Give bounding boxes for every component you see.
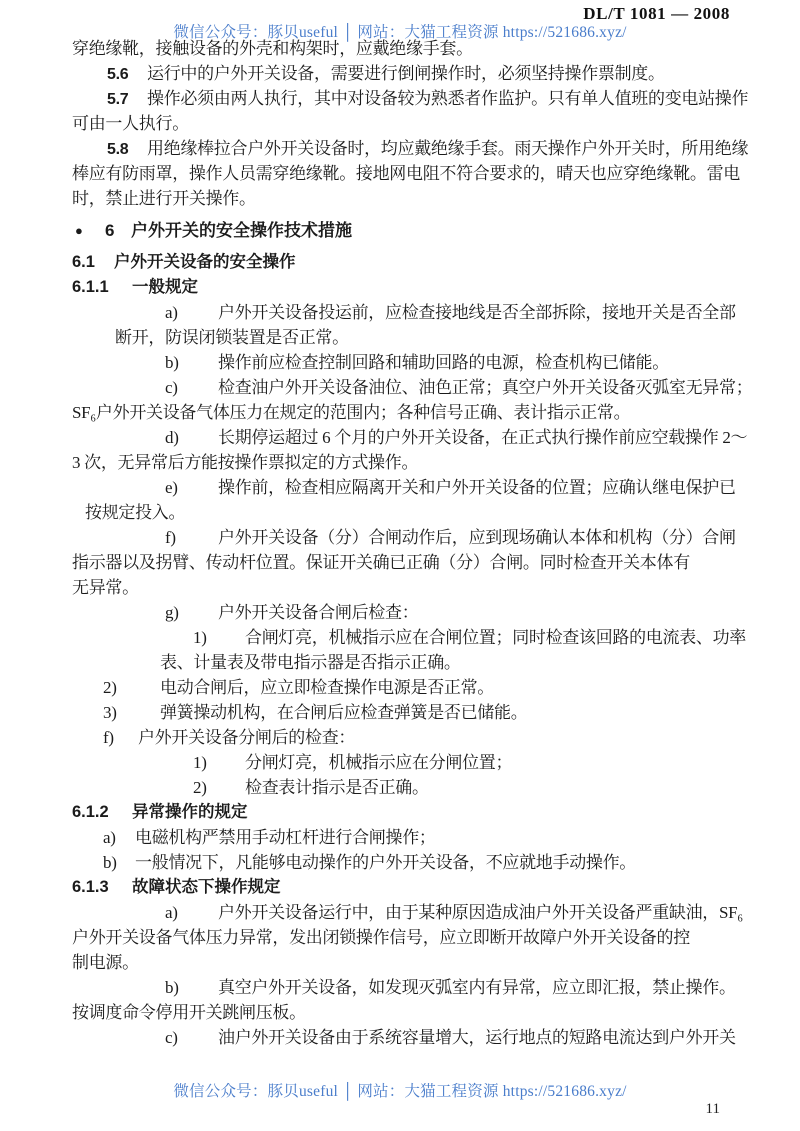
line-text: 户外开关设备（分）合闸动作后，应到现场确认本体和机构（分）合闸 xyxy=(218,528,736,547)
list-item: 3)弹簧操动机构，在合闸后应检查弹簧是否已储能。 xyxy=(72,700,740,725)
list-item: a)电磁机构严禁用手动杠杆进行合闸操作； xyxy=(72,825,740,850)
clause-line: 5.6运行中的户外开关设备，需要进行倒闸操作时，必须坚持操作票制度。 xyxy=(72,61,740,86)
line-text: 可由一人执行。 xyxy=(72,114,189,133)
line-text: 户外开关设备气体压力异常，发出闭锁操作信号，应立即断开故障户外开关设备的控 xyxy=(72,928,690,947)
subsection-title: 户外开关设备的安全操作 xyxy=(114,253,296,271)
clause-line: 5.7操作必须由两人执行，其中对设备较为熟悉者作监护。只有单人值班的变电站操作 xyxy=(72,86,740,111)
page-number: 11 xyxy=(706,1101,720,1118)
section-6-heading: ●6户外开关的安全操作技术措施 xyxy=(75,218,740,243)
line-text: 户外开关设备合闸后检查： xyxy=(218,603,418,622)
line-text: 断开，防误闭锁装置是否正常。 xyxy=(115,328,349,347)
text-line: 棒应有防雨罩，操作人员需穿绝缘靴。接地网电阻不符合要求的，晴天也应穿绝缘靴。雷电 xyxy=(72,161,740,186)
line-text: 用绝缘棒拉合户外开关设备时，均应戴绝缘手套。雨天操作户外开关时，所用绝缘 xyxy=(147,139,748,158)
text-line: 可由一人执行。 xyxy=(72,111,740,136)
line-text: 真空户外开关设备，如发现灭弧室内有异常，应立即汇报，禁止操作。 xyxy=(218,978,736,997)
list-item: b)真空户外开关设备，如发现灭弧室内有异常，应立即汇报，禁止操作。 xyxy=(72,975,740,1000)
line-text: 户外开关设备投运前，应检查接地线是否全部拆除，接地开关是否全部 xyxy=(218,303,736,322)
list-item-label: 1) xyxy=(193,750,245,775)
line-text: 运行中的户外开关设备，需要进行倒闸操作时，必须坚持操作票制度。 xyxy=(147,64,665,83)
text-line: 按规定投入。 xyxy=(72,500,740,525)
text-line: 指示器以及拐臂、传动杆位置。保证开关确已正确（分）合闸。同时检查开关本体有 xyxy=(72,550,740,575)
text-line: 穿绝缘靴，接触设备的外壳和构架时，应戴绝缘手套。 xyxy=(72,36,740,61)
list-item: 2)电动合闸后，应立即检查操作电源是否正常。 xyxy=(72,675,740,700)
line-text: 户外开关设备运行中，由于某种原因造成油户外开关设备严重缺油，SF₆ xyxy=(218,903,743,922)
list-item: f)户外开关设备（分）合闸动作后，应到现场确认本体和机构（分）合闸 xyxy=(72,525,740,550)
watermark-bottom: 微信公众号：豚贝useful │ 网站：大猫工程资源 https://52168… xyxy=(0,1079,800,1101)
line-text: 分闸灯亮，机械指示应在分闸位置； xyxy=(245,753,512,772)
text-line: 表、计量表及带电指示器是否指示正确。 xyxy=(72,650,740,675)
subsection-heading: 6.1.3故障状态下操作规定 xyxy=(72,875,740,900)
line-text: 操作必须由两人执行，其中对设备较为熟悉者作监护。只有单人值班的变电站操作 xyxy=(147,89,748,108)
subsection-heading: 6.1.2异常操作的规定 xyxy=(72,800,740,825)
clause-number: 5.8 xyxy=(107,137,147,162)
line-text: 按规定投入。 xyxy=(85,503,185,522)
text-line: 时，禁止进行开关操作。 xyxy=(72,186,740,211)
sub-list-item: 1)分闸灯亮，机械指示应在分闸位置； xyxy=(72,750,740,775)
list-item: d)长期停运超过 6 个月的户外开关设备，在正式执行操作前应空载操作 2～ xyxy=(72,425,740,450)
section-title: 户外开关的安全操作技术措施 xyxy=(131,221,352,240)
subsection-title: 异常操作的规定 xyxy=(132,803,248,821)
line-text: 合闸灯亮，机械指示应在合闸位置；同时检查该回路的电流表、功率 xyxy=(245,628,746,647)
line-text: 操作前，检查相应隔离开关和户外开关设备的位置；应确认继电保护已 xyxy=(218,478,736,497)
subsection-number: 6.1.1 xyxy=(72,275,132,300)
list-item: g)户外开关设备合闸后检查： xyxy=(72,600,740,625)
line-text: 电动合闸后，应立即检查操作电源是否正常。 xyxy=(160,678,494,697)
subsection-number: 6.1 xyxy=(72,250,114,275)
list-item-label: 2) xyxy=(103,675,160,700)
subsection-heading: 6.1户外开关设备的安全操作 xyxy=(72,250,740,275)
text-line: SF₆户外开关设备气体压力在规定的范围内；各种信号正确、表计指示正常。 xyxy=(72,400,740,425)
line-text: 油户外开关设备由于系统容量增大，运行地点的短路电流达到户外开关 xyxy=(218,1028,736,1047)
list-item: c)油户外开关设备由于系统容量增大，运行地点的短路电流达到户外开关 xyxy=(72,1025,740,1050)
subsection-number: 6.1.3 xyxy=(72,875,132,900)
clause-line: 5.8用绝缘棒拉合户外开关设备时，均应戴绝缘手套。雨天操作户外开关时，所用绝缘 xyxy=(72,136,740,161)
line-text: 无异常。 xyxy=(72,578,139,597)
subsection-heading: 6.1.1一般规定 xyxy=(72,275,740,300)
line-text: SF₆户外开关设备气体压力在规定的范围内；各种信号正确、表计指示正常。 xyxy=(72,403,630,422)
bullet-icon: ● xyxy=(75,218,105,243)
line-text: 指示器以及拐臂、传动杆位置。保证开关确已正确（分）合闸。同时检查开关本体有 xyxy=(72,553,690,572)
line-text: 棒应有防雨罩，操作人员需穿绝缘靴。接地网电阻不符合要求的，晴天也应穿绝缘靴。雷电 xyxy=(72,164,740,183)
subsection-number: 6.1.2 xyxy=(72,800,132,825)
sub-list-item: 2)检查表计指示是否正确。 xyxy=(72,775,740,800)
line-text: 制电源。 xyxy=(72,953,139,972)
clause-number: 5.6 xyxy=(107,62,147,87)
text-line: 按调度命令停用开关跳闸压板。 xyxy=(72,1000,740,1025)
list-item-label: a) xyxy=(165,300,218,325)
list-item-label: b) xyxy=(103,850,135,875)
list-item-label: c) xyxy=(165,1025,218,1050)
line-text: 3 次，无异常后方能按操作票拟定的方式操作。 xyxy=(72,453,418,472)
line-text: 检查表计指示是否正确。 xyxy=(245,778,429,797)
line-text: 一般情况下，凡能够电动操作的户外开关设备，不应就地手动操作。 xyxy=(135,853,636,872)
list-item: b)操作前应检查控制回路和辅助回路的电源，检查机构已储能。 xyxy=(72,350,740,375)
line-text: 穿绝缘靴，接触设备的外壳和构架时，应戴绝缘手套。 xyxy=(72,39,473,58)
text-line: 制电源。 xyxy=(72,950,740,975)
line-text: 弹簧操动机构，在合闸后应检查弹簧是否已储能。 xyxy=(160,703,527,722)
line-text: 户外开关设备分闸后的检查： xyxy=(138,728,355,747)
list-item-label: f) xyxy=(103,725,138,750)
list-item-label: 2) xyxy=(193,775,245,800)
list-item-label: a) xyxy=(165,900,218,925)
line-text: 长期停运超过 6 个月的户外开关设备，在正式执行操作前应空载操作 2～ xyxy=(218,428,747,447)
list-item-label: 3) xyxy=(103,700,160,725)
list-item: e)操作前，检查相应隔离开关和户外开关设备的位置；应确认继电保护已 xyxy=(72,475,740,500)
list-item-label: 1) xyxy=(193,625,245,650)
line-text: 操作前应检查控制回路和辅助回路的电源，检查机构已储能。 xyxy=(218,353,669,372)
line-text: 表、计量表及带电指示器是否指示正确。 xyxy=(160,653,461,672)
line-text: 按调度命令停用开关跳闸压板。 xyxy=(72,1003,306,1022)
text-line: 无异常。 xyxy=(72,575,740,600)
sub-list-item: 1)合闸灯亮，机械指示应在合闸位置；同时检查该回路的电流表、功率 xyxy=(72,625,740,650)
document-body: 穿绝缘靴，接触设备的外壳和构架时，应戴绝缘手套。 5.6运行中的户外开关设备，需… xyxy=(0,36,800,1050)
document-page: DL/T 1081 — 2008 微信公众号：豚贝useful │ 网站：大猫工… xyxy=(0,0,800,1131)
clause-number: 5.7 xyxy=(107,87,147,112)
list-item-label: e) xyxy=(165,475,218,500)
text-line: 断开，防误闭锁装置是否正常。 xyxy=(72,325,740,350)
list-item: a)户外开关设备投运前，应检查接地线是否全部拆除，接地开关是否全部 xyxy=(72,300,740,325)
text-line: 3 次，无异常后方能按操作票拟定的方式操作。 xyxy=(72,450,740,475)
section-number: 6 xyxy=(105,218,131,243)
list-item-label: b) xyxy=(165,975,218,1000)
list-item-label: g) xyxy=(165,600,218,625)
list-item-label: a) xyxy=(103,825,135,850)
list-item-label: f) xyxy=(165,525,218,550)
line-text: 电磁机构严禁用手动杠杆进行合闸操作； xyxy=(135,828,436,847)
list-item-label: d) xyxy=(165,425,218,450)
subsection-title: 一般规定 xyxy=(132,278,198,296)
text-line: 户外开关设备气体压力异常，发出闭锁操作信号，应立即断开故障户外开关设备的控 xyxy=(72,925,740,950)
list-item: a)户外开关设备运行中，由于某种原因造成油户外开关设备严重缺油，SF₆ xyxy=(72,900,740,925)
list-item: b)一般情况下，凡能够电动操作的户外开关设备，不应就地手动操作。 xyxy=(72,850,740,875)
line-text: 检查油户外开关设备油位、油色正常；真空户外开关设备灭弧室无异常； xyxy=(218,378,752,397)
list-item: f)户外开关设备分闸后的检查： xyxy=(72,725,740,750)
line-text: 时，禁止进行开关操作。 xyxy=(72,189,256,208)
list-item-label: b) xyxy=(165,350,218,375)
list-item: c)检查油户外开关设备油位、油色正常；真空户外开关设备灭弧室无异常； xyxy=(72,375,740,400)
subsection-title: 故障状态下操作规定 xyxy=(132,878,281,896)
list-item-label: c) xyxy=(165,375,218,400)
